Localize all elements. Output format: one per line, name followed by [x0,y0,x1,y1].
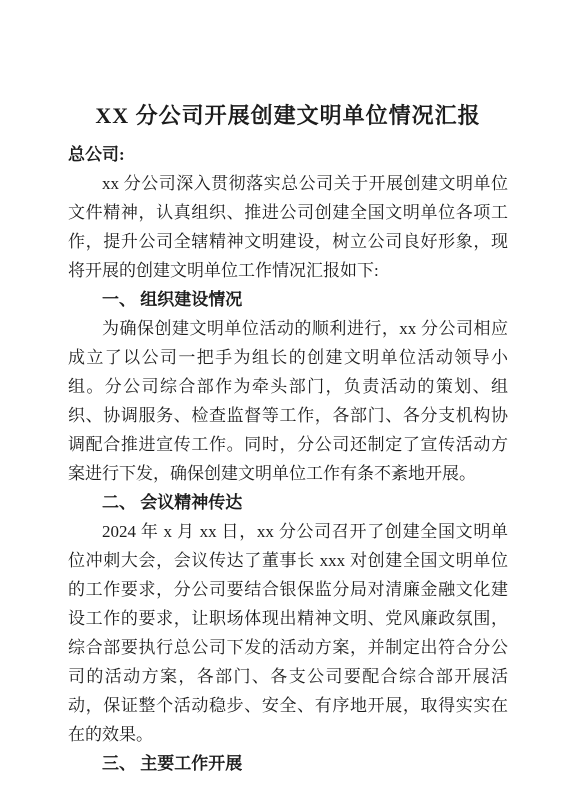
document-page: XX 分公司开展创建文明单位情况汇报 总公司: xx 分公司深入贯彻落实总公司关… [0,0,570,807]
section-2-paragraph: 2024 年 x 月 xx 日，xx 分公司召开了创建全国文明单位冲刺大会，会议… [68,517,508,749]
document-title: XX 分公司开展创建文明单位情况汇报 [68,98,508,134]
document-body: 总公司: xx 分公司深入贯彻落实总公司关于开展创建文明单位文件精神，认真组织、… [68,140,508,778]
section-1-paragraph: 为确保创建文明单位活动的顺利进行，xx 分公司相应成立了以公司一把手为组长的创建… [68,314,508,488]
section-heading-1: 一、 组织建设情况 [68,285,508,314]
section-heading-3: 三、 主要工作开展 [68,749,508,778]
section-heading-2: 二、 会议精神传达 [68,488,508,517]
intro-paragraph: xx 分公司深入贯彻落实总公司关于开展创建文明单位文件精神，认真组织、推进公司创… [68,169,508,285]
salutation: 总公司: [68,140,508,169]
